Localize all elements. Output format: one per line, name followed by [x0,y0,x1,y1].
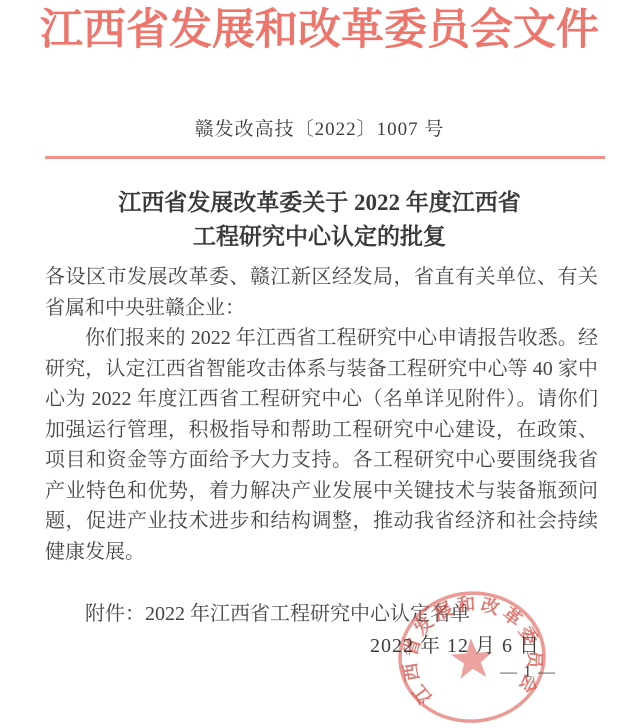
document-page: 江西省发展和改革委员会文件 赣发改高技〔2022〕1007 号 江西省发展改革委… [0,0,639,728]
document-title: 江西省发展改革委关于 2022 年度江西省 工程研究中心认定的批复 [0,186,639,254]
red-header-title: 江西省发展和改革委员会文件 [0,2,639,60]
issue-date: 2022 年 12 月 6 日 [370,629,540,658]
document-title-line-1: 江西省发展改革委关于 2022 年度江西省 [0,186,639,220]
page-number: — 1 — [500,662,556,682]
document-body: 各设区市发展改革委、赣江新区经发局，省直有关单位、有关省属和中央驻赣企业： 你们… [45,262,598,630]
document-number: 赣发改高技〔2022〕1007 号 [0,114,639,141]
red-divider-line [45,156,605,159]
main-body-paragraph: 你们报来的 2022 年江西省工程研究中心申请报告收悉。经研究，认定江西省智能攻… [45,323,598,567]
salutation-paragraph: 各设区市发展改革委、赣江新区经发局，省直有关单位、有关省属和中央驻赣企业： [45,262,598,323]
document-title-line-2: 工程研究中心认定的批复 [0,220,639,254]
